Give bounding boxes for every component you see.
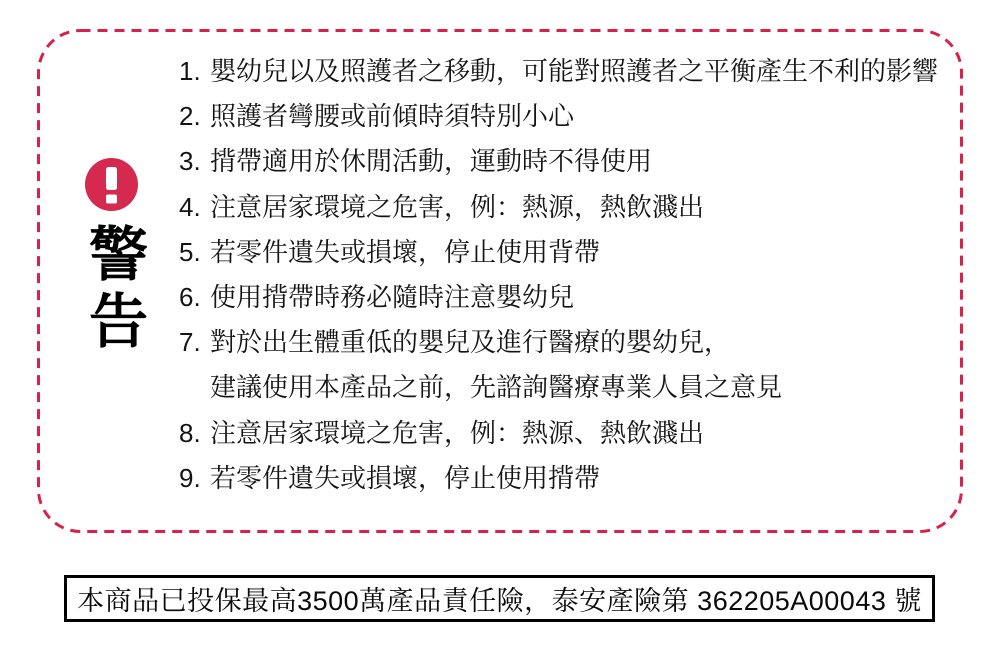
warning-item-4: 4. 注意居家環境之危害，例：熱源，熱飲濺出	[179, 185, 959, 230]
insurance-text: 本商品已投保最高3500萬產品責任險，泰安產險第 362205A00043 號	[77, 579, 922, 618]
item-number: 6.	[179, 275, 210, 320]
warning-item-2: 2. 照護者彎腰或前傾時須特別小心	[179, 94, 959, 139]
item-number: 5.	[179, 230, 210, 275]
insurance-box: 本商品已投保最高3500萬產品責任險，泰安產險第 362205A00043 號	[64, 575, 935, 622]
item-text: 若零件遺失或損壞，停止使用背帶	[210, 230, 600, 275]
item-text: 注意居家環境之危害，例：熱源、熱飲濺出	[210, 411, 704, 456]
item-text: 揹帶適用於休閒活動，運動時不得使用	[210, 139, 652, 184]
warning-list: 1. 嬰幼兒以及照護者之移動，可能對照護者之平衡產生不利的影響 2. 照護者彎腰…	[179, 49, 959, 501]
warning-item-6: 6. 使用揹帶時務必隨時注意嬰幼兒	[179, 275, 959, 320]
exclamation-bar	[106, 167, 117, 190]
exclamation-dot	[106, 195, 117, 204]
item-text: 注意居家環境之危害，例：熱源，熱飲濺出	[210, 185, 704, 230]
item-text: 照護者彎腰或前傾時須特別小心	[210, 94, 574, 139]
item-number: 3.	[179, 139, 210, 184]
item-text: 對於出生體重低的嬰兒及進行醫療的嬰幼兒， 建議使用本產品之前，先諮詢醫療專業人員…	[210, 320, 782, 410]
warning-item-7: 7. 對於出生體重低的嬰兒及進行醫療的嬰幼兒， 建議使用本產品之前，先諮詢醫療專…	[179, 320, 959, 410]
warning-item-8: 8. 注意居家環境之危害，例：熱源、熱飲濺出	[179, 411, 959, 456]
item-text: 使用揹帶時務必隨時注意嬰幼兒	[210, 275, 574, 320]
item-number: 9.	[179, 456, 210, 501]
item-number: 4.	[179, 185, 210, 230]
warning-panel: 警告 1. 嬰幼兒以及照護者之移動，可能對照護者之平衡產生不利的影響 2. 照護…	[37, 29, 963, 533]
item-number: 8.	[179, 411, 210, 456]
warning-item-1: 1. 嬰幼兒以及照護者之移動，可能對照護者之平衡產生不利的影響	[179, 49, 959, 94]
warning-item-9: 9. 若零件遺失或損壞，停止使用揹帶	[179, 456, 959, 501]
item-text: 若零件遺失或損壞，停止使用揹帶	[210, 456, 600, 501]
item-number: 7.	[179, 320, 210, 410]
exclamation-circle-icon	[85, 158, 138, 211]
item-text: 嬰幼兒以及照護者之移動，可能對照護者之平衡產生不利的影響	[210, 49, 938, 94]
item-number: 2.	[179, 94, 210, 139]
item-number: 1.	[179, 49, 210, 94]
warning-item-3: 3. 揹帶適用於休閒活動，運動時不得使用	[179, 139, 959, 184]
warning-title: 警告	[83, 223, 142, 357]
warning-item-5: 5. 若零件遺失或損壞，停止使用背帶	[179, 230, 959, 275]
